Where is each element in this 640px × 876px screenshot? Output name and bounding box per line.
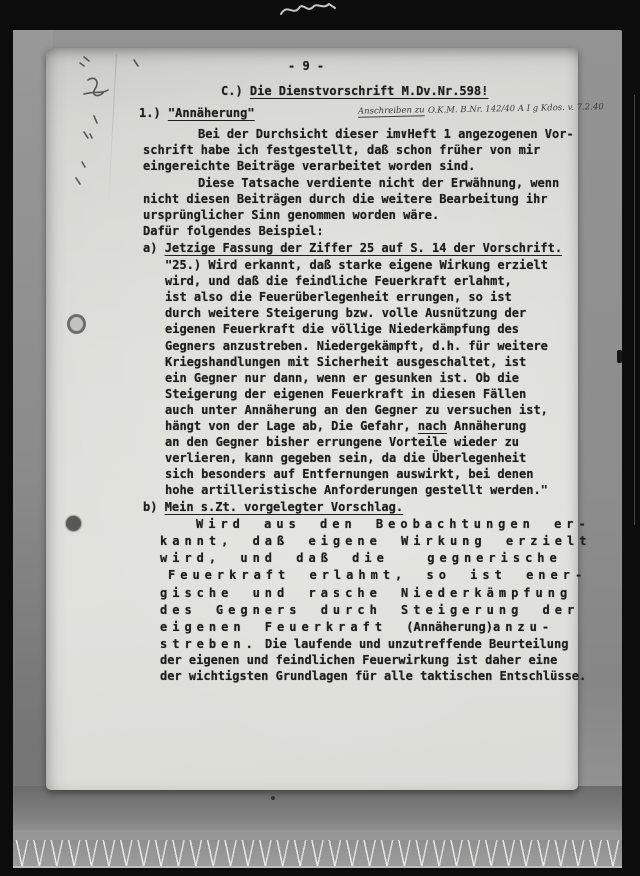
text-line: hängt von der Lage ab, Die Gefahr, nach … [165,420,526,433]
text-segment: nicht diesen Beiträgen durch die weitere… [143,192,548,206]
handwritten-annotation: O.K.M. B.Nr. 142/40 A I g Kdos. v. 7.2.4… [428,103,604,116]
text-segment: auch unter Annäherung an den Gegner zu v… [165,403,548,417]
page-edge-fringe [13,840,622,868]
text-segment: Bei der Durchsicht dieser im∨Heft 1 ange… [198,127,574,141]
text-line: schrift habe ich festgestellt, daß schon… [143,144,540,157]
text-line: durch weitere Steigerung bzw. volle Ausn… [165,307,526,320]
text-segment: Dafür folgendes Beispiel: [143,224,324,238]
text-segment: Steigerung der eigenen Feuerkraft in die… [165,387,526,401]
film-edge-line [634,95,635,525]
text-line: verlieren, kann gegeben sein, da die Übe… [165,452,526,465]
pencil-scribbles [54,54,154,204]
text-segment: ursprünglicher Sinn genommen worden wäre… [143,208,439,222]
text-segment: C.) [221,84,250,98]
text-segment: (Annäherung) [406,620,493,634]
text-segment: Kriegshandlungen mit Sicherheit ausgesch… [165,355,526,369]
text-line: ein Gegner nur dann, wenn er gesunken is… [165,372,519,385]
text-line: hohe artilleristische Anforderungen gest… [165,484,548,497]
text-line: gische und rasche Niederkämpfung [160,587,572,600]
text-line: eigenen Feuerkraft (Annäherung)anzu- [160,621,554,634]
text-line: der wichtigsten Grundlagen für alle takt… [160,670,586,683]
text-line: Gegners anzustreben. Niedergekämpft, d.h… [165,340,548,353]
text-line: Kriegshandlungen mit Sicherheit ausgesch… [165,356,526,369]
text-line: Diese Tatsache verdiente nicht der Erwäh… [198,177,559,190]
edge-ink-mark [617,350,622,363]
text-segment: eingereichte Beiträge verarbeitet worden… [143,159,475,173]
text-line: an den Gegner bisher errungene Vorteile … [165,436,519,449]
text-line: C.) Die Dienstvorschrift M.Dv.Nr.598! [221,85,488,98]
text-line: eingereichte Beiträge verarbeitet worden… [143,160,475,173]
text-segment: Mein s.Zt. vorgelegter Vorschlag. [165,500,403,514]
text-line: a) Jetzige Fassung der Ziffer 25 auf S. … [143,242,562,255]
text-segment: schrift habe ich festgestellt, daß schon… [143,143,540,157]
text-line: Feuerkraft erlahmt, so ist ener- [168,569,587,582]
punch-hole-top [67,314,86,334]
text-segment: hohe artilleristische Anforderungen gest… [165,483,548,497]
text-segment: Annäherung [447,419,526,433]
text-segment: sich besonders auf Entfernungen auswirkt… [165,467,533,481]
text-line: Dafür folgendes Beispiel: [143,225,324,238]
text-line: Steigerung der eigenen Feuerkraft in die… [165,388,526,401]
text-segment: Diese Tatsache verdiente nicht der Erwäh… [198,176,559,190]
text-segment: - 9 - [288,59,324,73]
text-segment: anzu- [493,620,554,634]
dust-speck [271,796,275,800]
text-segment: wird, und daß die feindliche Feuerkraft … [165,274,512,288]
text-segment: hängt von der Lage ab, Die Gefahr, [165,419,418,433]
text-segment: wird, und daß die gegnerische [160,551,562,565]
text-line: ursprünglicher Sinn genommen worden wäre… [143,209,439,222]
text-segment: "Annäherung" [168,106,255,120]
text-segment: ein Gegner nur dann, wenn er gesunken is… [165,371,519,385]
text-line: wird, und daß die feindliche Feuerkraft … [165,275,512,288]
document-page: - 9 -C.) Die Dienstvorschrift M.Dv.Nr.59… [46,48,578,790]
scanned-document-photo: - 9 -C.) Die Dienstvorschrift M.Dv.Nr.59… [0,0,640,876]
text-segment: Feuerkraft erlahmt, so ist ener- [168,568,587,582]
text-segment: Jetzige Fassung der Ziffer 25 auf S. 14 … [165,241,562,255]
text-line: "25.) Wird erkannt, daß starke eigene Wi… [165,259,548,272]
text-line: Bei der Durchsicht dieser im∨Heft 1 ange… [198,128,574,141]
text-segment: "25.) Wird erkannt, daß starke eigene Wi… [165,258,548,272]
text-line: Wird aus den Beobachtungen er- [196,518,591,531]
handwritten-annotation: Anschreiben zu [358,106,425,116]
text-segment: der wichtigsten Grundlagen für alle takt… [160,669,586,683]
text-segment: nach [418,419,447,433]
text-segment: kannt, daß eigene Wirkung erzielt [160,534,591,548]
text-segment: eigenen Feuerkraft [160,620,406,634]
mat-shadow-below-page [13,786,622,830]
text-segment: verlieren, kann gegeben sein, da die Übe… [165,451,526,465]
text-segment: durch weitere Steigerung bzw. volle Ausn… [165,306,526,320]
text-line: kannt, daß eigene Wirkung erzielt [160,535,591,548]
text-segment: Die laufende und unzutreffende Beurteilu… [258,637,569,651]
text-segment: eigenen Feuerkraft die völlige Niederkäm… [165,322,519,336]
text-segment: Die Dienstvorschrift M.Dv.Nr.598! [250,84,488,98]
text-segment: streben. [160,637,258,651]
text-line: des Gegners durch Steigerung der [160,604,579,617]
text-segment: ist also die Feuerüberlegenheit errungen… [165,290,512,304]
text-line: nicht diesen Beiträgen durch die weitere… [143,193,548,206]
text-segment: der eigenen und feindlichen Feuerwirkung… [160,653,557,667]
text-segment: Wird aus den Beobachtungen er- [196,517,591,531]
text-line: ist also die Feuerüberlegenheit errungen… [165,291,512,304]
text-segment: a) [143,241,165,255]
text-line: - 9 - [288,60,324,73]
text-segment: an den Gegner bisher errungene Vorteile … [165,435,519,449]
text-line: eigenen Feuerkraft die völlige Niederkäm… [165,323,519,336]
text-line: 1.) "Annäherung" [139,107,255,120]
punch-hole-bottom [66,516,81,531]
text-line: auch unter Annäherung an den Gegner zu v… [165,404,548,417]
text-segment: gische und rasche Niederkämpfung [160,586,572,600]
text-segment: Anschreiben zu [358,105,425,116]
text-line: sich besonders auf Entfernungen auswirkt… [165,468,533,481]
text-line: wird, und daß die gegnerische [160,552,562,565]
text-segment: Gegners anzustreben. Niedergekämpft, d.h… [165,339,548,353]
film-scratch-squiggle [278,0,340,20]
text-line: der eigenen und feindlichen Feuerwirkung… [160,654,557,667]
text-line: b) Mein s.Zt. vorgelegter Vorschlag. [143,501,403,514]
text-segment: b) [143,500,165,514]
text-line: streben. Die laufende und unzutreffende … [160,638,568,651]
text-segment: des Gegners durch Steigerung der [160,603,579,617]
text-segment: O.K.M. B.Nr. 142/40 A I g Kdos. v. 7.2.4… [428,102,604,116]
